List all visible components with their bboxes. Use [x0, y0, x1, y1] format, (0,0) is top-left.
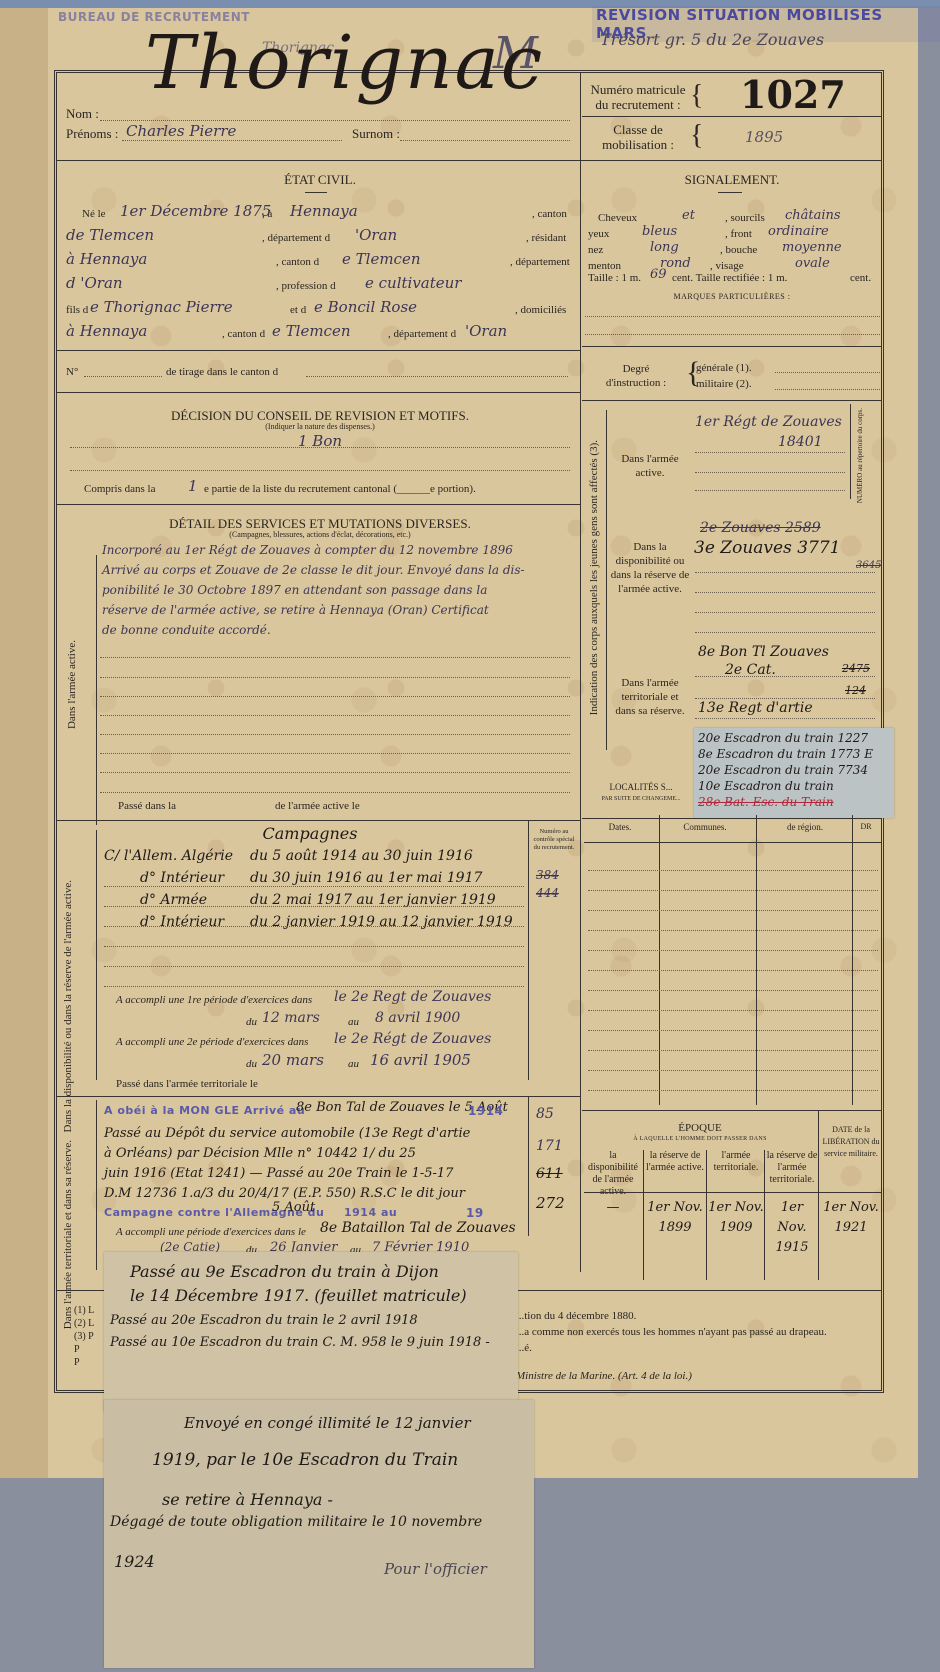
- periode1-au: au: [348, 1016, 359, 1028]
- campagne-year: 1914 au: [344, 1206, 397, 1219]
- territoriale-numero: 85: [536, 1106, 554, 1122]
- domicile-departement: 'Oran: [465, 322, 507, 340]
- disponibilite-label: Dans la disponibilité ou dans la réserve…: [610, 540, 690, 596]
- disponibilite-numero: 3645: [856, 560, 881, 571]
- pasted-note-bottom: Envoyé en congé illimité le 12 janvier 1…: [104, 1400, 534, 1668]
- surnom-label: Surnom :: [352, 126, 400, 142]
- departement2-label: , département: [510, 256, 570, 268]
- col-communes: Communes.: [660, 822, 750, 832]
- visage-value: ovale: [795, 256, 830, 271]
- territoriale-numero-1: 2475: [842, 662, 870, 675]
- campagne-to: 19: [466, 1206, 484, 1220]
- footnote-marker: (1) L: [74, 1304, 94, 1317]
- note-middle-line: Passé au 9e Escadron du train à Dijon: [130, 1260, 467, 1284]
- localites-title: LOCALITÉS S...: [586, 782, 696, 792]
- domicilies-label: , domiciliés: [515, 304, 566, 316]
- footnote-line: ...a comme non exercés tous les hommes n…: [516, 1326, 827, 1338]
- epoque-title: ÉPOQUE: [585, 1122, 815, 1134]
- departement-label: , département d: [262, 232, 330, 244]
- profession: e cultivateur: [365, 274, 461, 292]
- periode1-label: A accompli une 1re période d'exercices d…: [116, 994, 312, 1006]
- annotation-top-right: Trésort gr. 5 du 2e Zouaves: [600, 30, 824, 49]
- footnote-line: ...é.: [516, 1342, 532, 1354]
- services-subtitle: (Campagnes, blessures, actions d'éclat, …: [60, 530, 580, 539]
- footnote-marker: P: [74, 1343, 94, 1356]
- periode2-label: A accompli une 2e période d'exercices da…: [116, 1036, 308, 1048]
- birth-departement: 'Oran: [355, 226, 397, 244]
- footnote-marker: (3) P: [74, 1330, 94, 1343]
- cheveux-label: Cheveux: [598, 212, 637, 224]
- periode1-corps: le 2e Regt de Zouaves: [334, 989, 491, 1005]
- fils-label: fils d: [66, 304, 88, 316]
- residence: à Hennaya: [66, 250, 147, 268]
- note-bottom-line: 1924: [114, 1552, 155, 1571]
- militaire-label: militaire (2).: [696, 378, 752, 390]
- compris-label: Compris dans la: [84, 483, 156, 495]
- epoque-value: 1er Nov. 1909: [708, 1198, 764, 1238]
- periode2-au: au: [348, 1058, 359, 1070]
- note-bottom-line: Dégagé de toute obligation militaire le …: [110, 1514, 482, 1530]
- liberation-value: 1er Nov. 1921: [820, 1198, 882, 1238]
- territoriale-line: Passé au Dépôt du service automobile (13…: [104, 1124, 524, 1144]
- signalement-title: SIGNALEMENT.: [582, 172, 882, 188]
- menton-label: menton: [588, 260, 621, 272]
- sourcils-label: , sourcils: [725, 212, 765, 224]
- classe-label: Classe de mobilisation :: [588, 122, 688, 152]
- sourcils-value: châtains: [785, 208, 841, 223]
- tirage-no-label: N°: [66, 366, 78, 378]
- reserve-side-label: Dans la disponibilité ou dans la réserve…: [62, 880, 74, 1132]
- footnote-line: Ministre de la Marine. (Art. 4 de la loi…: [516, 1370, 692, 1382]
- birth-date: 1er Décembre 1875: [120, 202, 271, 220]
- brace-icon: {: [690, 80, 703, 112]
- profession-label: , profession d: [276, 280, 336, 292]
- note-right-line: 20e Escadron du train 7734: [698, 762, 873, 778]
- periode2-from: 20 mars: [262, 1051, 324, 1069]
- campagnes-title: Campagnes: [100, 824, 520, 843]
- canton-label: , canton: [532, 208, 567, 220]
- note-middle-line: le 14 Décembre 1917. (feuillet matricule…: [130, 1284, 467, 1308]
- numero-repertoire-label: NUMÉRO au répertoire du corps.: [856, 408, 865, 503]
- taille-value: 69: [650, 267, 667, 282]
- periode1-du: du: [246, 1016, 257, 1028]
- col-dates: Dates.: [585, 822, 655, 832]
- campagne-period: du 30 juin 1916 au 1er mai 1917: [250, 870, 482, 886]
- mobilisation-year: 1914: [468, 1104, 503, 1118]
- signature: Pour l'officier: [384, 1560, 487, 1578]
- territoriale-numero: 272: [536, 1194, 565, 1212]
- matricule-value: 1027: [740, 72, 846, 117]
- canton3-label: , canton d: [222, 328, 265, 340]
- campagne-period: du 2 janvier 1919 au 12 janvier 1919: [250, 914, 513, 930]
- liberation-header: DATE de la LIBÉRATION du service militai…: [820, 1124, 882, 1160]
- nez-label: nez: [588, 244, 603, 256]
- territoriale-periode-label: A accompli une période d'exercices dans …: [116, 1226, 306, 1238]
- conseil-subtitle: (Indiquer la nature des dispenses.): [60, 422, 580, 431]
- campagne-period: du 5 août 1914 au 30 juin 1916: [250, 848, 473, 864]
- territoriale-text: Passé au Dépôt du service automobile (13…: [104, 1124, 524, 1204]
- footnote-markers: (1) L (2) L (3) P P P: [74, 1304, 94, 1369]
- periode2-to: 16 avril 1905: [370, 1051, 471, 1069]
- epoque-col-header: la réserve de l'armée active.: [644, 1150, 706, 1174]
- mother-name: e Boncil Rose: [314, 298, 417, 316]
- periode1-to: 8 avril 1900: [375, 1010, 460, 1026]
- note-bottom-line: 1919, par le 10e Escadron du Train: [152, 1450, 458, 1470]
- compris-value: 1: [188, 477, 198, 495]
- col-dr: DR: [854, 822, 878, 831]
- nom-value: Thorignac: [145, 20, 544, 106]
- affectations-side-label: Indication des corps auxquels les jeunes…: [588, 440, 600, 715]
- numero-controle-2: 444: [536, 886, 559, 900]
- epoque-col-header: la disponibilité de l'armée active.: [584, 1150, 642, 1198]
- epoque-col-header: la réserve de l'armée territoriale.: [766, 1150, 818, 1186]
- territoriale-line: juin 1916 (Etat 1241) — Passé au 20e Tra…: [104, 1164, 524, 1184]
- territoriale-corps-2: 13e Regt d'artie: [698, 700, 813, 716]
- epoque-value: 1er Nov. 1899: [644, 1198, 706, 1238]
- periode2-du: du: [246, 1058, 257, 1070]
- periode1-from: 12 mars: [262, 1010, 320, 1026]
- active-corps: 1er Régt de Zouaves: [695, 414, 842, 430]
- territoriale-numero: 611: [536, 1166, 563, 1182]
- territoriale-side-label: Dans l'armée territoriale et dans sa rés…: [62, 1140, 74, 1329]
- residant-label: , résidant: [526, 232, 566, 244]
- et-label: et d: [290, 304, 306, 316]
- campagne-label: d° Intérieur: [140, 914, 224, 930]
- domicile-canton: e Tlemcen: [272, 322, 351, 340]
- etat-civil-title: ÉTAT CIVIL.: [60, 172, 580, 188]
- col-region: de région.: [760, 822, 850, 832]
- taille-cent-label: cent. Taille rectifiée : 1 m.: [672, 272, 787, 284]
- brace-icon: {: [690, 120, 703, 152]
- territoriale-corps-1: 8e Bon Tl Zouaves: [698, 644, 829, 660]
- services-line: Incorporé au 1er Régt de Zouaves à compt…: [102, 540, 582, 560]
- a-label: , à: [262, 208, 272, 220]
- active-numero: 18401: [778, 434, 823, 450]
- services-line: de bonne conduite accordé.: [102, 620, 582, 640]
- taille-label: Taille : 1 m.: [588, 272, 641, 284]
- services-side-label: Dans l'armée active.: [66, 640, 78, 729]
- cheveux-value: et: [682, 208, 695, 223]
- epoque-col-header: l'armée territoriale.: [708, 1150, 764, 1174]
- prenoms-label: Prénoms :: [66, 126, 118, 142]
- stamp-mobilisation: A obéi à la MON GLE Arrivé au: [104, 1104, 305, 1117]
- territoriale-numero: 171: [536, 1138, 563, 1154]
- note-bottom-line: se retire à Hennaya -: [162, 1490, 333, 1509]
- residence-departement: d 'Oran: [66, 274, 123, 292]
- pasted-note-middle: Passé au 9e Escadron du train à Dijon le…: [104, 1252, 518, 1412]
- matricule-label: Numéro matricule du recrutement :: [588, 82, 688, 112]
- binding-strip: [0, 0, 48, 1478]
- birth-place: Hennaya: [290, 202, 358, 220]
- numero-controle-1: 384: [536, 868, 559, 882]
- note-bottom-line: Envoyé en congé illimité le 12 janvier: [184, 1414, 471, 1432]
- territoriale-label: Dans l'armée territoriale et dans sa rés…: [610, 676, 690, 718]
- campagne-from: 5 Août: [272, 1200, 315, 1215]
- disponibilite-corps-1: 2e Zouaves 2589: [700, 520, 821, 536]
- birth-canton: de Tlemcen: [66, 226, 154, 244]
- epoque-value: —: [584, 1200, 642, 1215]
- footnote-marker: P: [74, 1356, 94, 1369]
- passe-suffix: de l'armée active le: [275, 800, 360, 812]
- bouche-label: , bouche: [720, 244, 757, 256]
- footnote-line: ...tion du 4 décembre 1880.: [516, 1310, 636, 1322]
- territoriale-numero-2: 124: [845, 684, 866, 697]
- classe-value: 1895: [745, 128, 783, 146]
- note-right-line: 8e Escadron du train 1773 E: [698, 746, 873, 762]
- campagne-label: d° Intérieur: [140, 870, 224, 886]
- note-right-red-line: 28e Bat. Esc. du Train: [698, 794, 873, 810]
- services-line: Arrivé au corps et Zouave de 2e classe l…: [102, 560, 582, 580]
- nez-value: long: [650, 240, 679, 255]
- passe-territoriale-label: Passé dans l'armée territoriale le: [116, 1078, 258, 1090]
- services-line: ponibilité le 30 Octobre 1897 en attenda…: [102, 580, 582, 600]
- note-right-line: 20e Escadron du train 1227: [698, 730, 873, 746]
- note-middle-line: Passé au 10e Escadron du train C. M. 958…: [110, 1332, 490, 1354]
- territoriale-line: à Orléans) par Décision Mlle n° 10442 1/…: [104, 1144, 524, 1164]
- visage-label: , visage: [710, 260, 744, 272]
- residence-canton: e Tlemcen: [342, 250, 421, 268]
- territoriale-periode-corps: 8e Bataillon Tal de Zouaves: [320, 1220, 516, 1236]
- yeux-label: yeux: [588, 228, 609, 240]
- canton2-label: , canton d: [276, 256, 319, 268]
- services-line: réserve de l'armée active, se retire à H…: [102, 600, 582, 620]
- services-text: Incorporé au 1er Régt de Zouaves à compt…: [102, 540, 582, 640]
- footnote-marker: (2) L: [74, 1317, 94, 1330]
- degre-instruction-label: Degré d'instruction :: [596, 362, 676, 390]
- passe-label: Passé dans la: [118, 800, 176, 812]
- localites-subtitle: PAR SUITE DE CHANGEME...: [586, 796, 696, 802]
- bouche-value: moyenne: [782, 240, 842, 255]
- front-label: , front: [725, 228, 752, 240]
- disponibilite-corps-2: 3e Zouaves 3771: [694, 538, 840, 558]
- note-right-line: 10e Escadron du train: [698, 778, 873, 794]
- yeux-value: bleus: [642, 224, 677, 239]
- epoque-subtitle: À LAQUELLE L'HOMME DOIT PASSER DANS: [585, 1136, 815, 1142]
- taille-cent2-label: cent.: [850, 272, 871, 284]
- tirage-label: de tirage dans le canton d: [166, 366, 278, 378]
- ne-le-label: Né le: [82, 208, 106, 220]
- numero-controle-header: Numéro au contrôle spécial du recrutemen…: [530, 828, 578, 852]
- compris-suffix: e partie de la liste du recrutement cant…: [204, 483, 476, 495]
- periode2-corps: le 2e Régt de Zouaves: [334, 1031, 491, 1047]
- marques-label: MARQUES PARTICULIÈRES :: [582, 292, 882, 301]
- prenoms-value: Charles Pierre: [126, 122, 236, 140]
- active-label: Dans l'armée active.: [610, 452, 690, 480]
- front-value: ordinaire: [768, 224, 829, 239]
- nom-label: Nom :: [66, 106, 99, 122]
- campagne-label: C/ l'Allem. Algérie: [104, 848, 233, 864]
- pasted-note-right: 20e Escadron du train 1227 8e Escadron d…: [694, 728, 894, 818]
- note-middle-line: Passé au 20e Escadron du train le 2 avri…: [110, 1310, 490, 1332]
- departement3-label: , département d: [388, 328, 456, 340]
- father-name: e Thorignac Pierre: [90, 298, 233, 316]
- epoque-value: 1er Nov. 1915: [766, 1198, 818, 1258]
- generale-label: générale (1).: [696, 362, 752, 374]
- domicile: à Hennaya: [66, 322, 147, 340]
